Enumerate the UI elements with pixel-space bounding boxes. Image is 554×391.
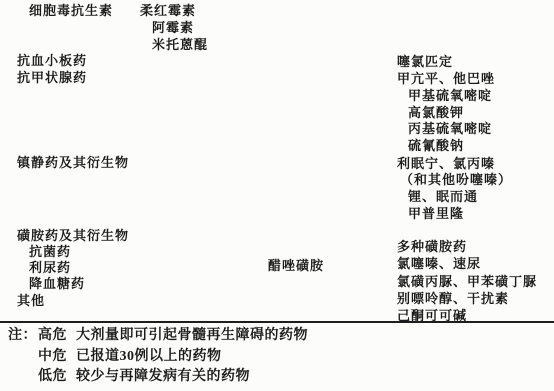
table-bottom-rule [0,321,554,323]
category-antithyroid: 抗甲状腺药 [17,70,87,85]
drug-acetazolamide: 醋唑磺胺 [268,258,324,273]
scanned-drug-risk-table-page: 细胞毒抗生素 柔红霉素 阿霉素 米托蒽醌 抗血小板药 噻氯匹定 抗甲状腺药 甲亢… [0,0,554,391]
category-sulfonamides: 磺胺药及其衍生物 [17,228,129,243]
drug-ticlopidine: 噻氯匹定 [397,54,453,69]
footnote-prefix: 注： [8,328,37,343]
category-antibacterial: 抗菌药 [29,244,71,259]
category-other: 其他 [17,293,45,308]
footnote-desc-low: 较少与再障发病有关的药物 [76,369,250,384]
footnote-level-low: 低危 [38,369,67,384]
footnote-desc-high: 大剂量即可引起骨髓再生障碍的药物 [76,328,308,343]
category-sedatives: 镇静药及其衍生物 [17,155,129,170]
drug-allopurinol-interferon: 别嘌呤醇、干扰素 [397,291,509,306]
category-cytotoxic-antibiotics: 细胞毒抗生素 [29,3,113,18]
footnote-level-high: 高危 [38,328,67,343]
category-diuretics: 利尿药 [29,260,71,275]
footnote-desc-medium: 已报道30例以上的药物 [76,349,222,364]
drug-carbimazole-thiamazole: 甲亢平、他巴唑 [397,71,495,86]
drug-chlorpropamide-tolbutamide: 氯磺丙脲、甲苯磺丁脲 [397,274,537,289]
drug-methyprylon: 甲普里隆 [408,206,464,221]
drug-potassium-perchlorate: 高氯酸钾 [408,105,464,120]
drug-methylthiouracil: 甲基硫氧嘧啶 [408,88,492,103]
category-antiplatelet: 抗血小板药 [17,53,87,68]
drug-lithium-meprobamate: 锂、眠而通 [408,189,478,204]
drug-sodium-thiocyanate: 硫氰酸钠 [408,138,464,153]
drug-various-sulfonamides: 多种磺胺药 [397,239,467,254]
drug-mitoxantrone: 米托蒽醌 [152,37,208,52]
category-hypoglycemic: 降血糖药 [29,276,85,291]
drug-doxorubicin: 阿霉素 [152,20,194,35]
footnote-level-medium: 中危 [38,349,67,364]
drug-chlorothiazide-furosemide: 氯噻嗪、速尿 [397,256,481,271]
drug-other-phenothiazines-note: （和其他吩噻嗪） [400,172,512,187]
drug-propylthiouracil: 丙基硫氧嘧啶 [408,121,492,136]
drug-chlordiazepoxide-chlorpromazine: 利眠宁、氯丙嗪 [397,156,495,171]
drug-daunorubicin: 柔红霉素 [140,3,196,18]
